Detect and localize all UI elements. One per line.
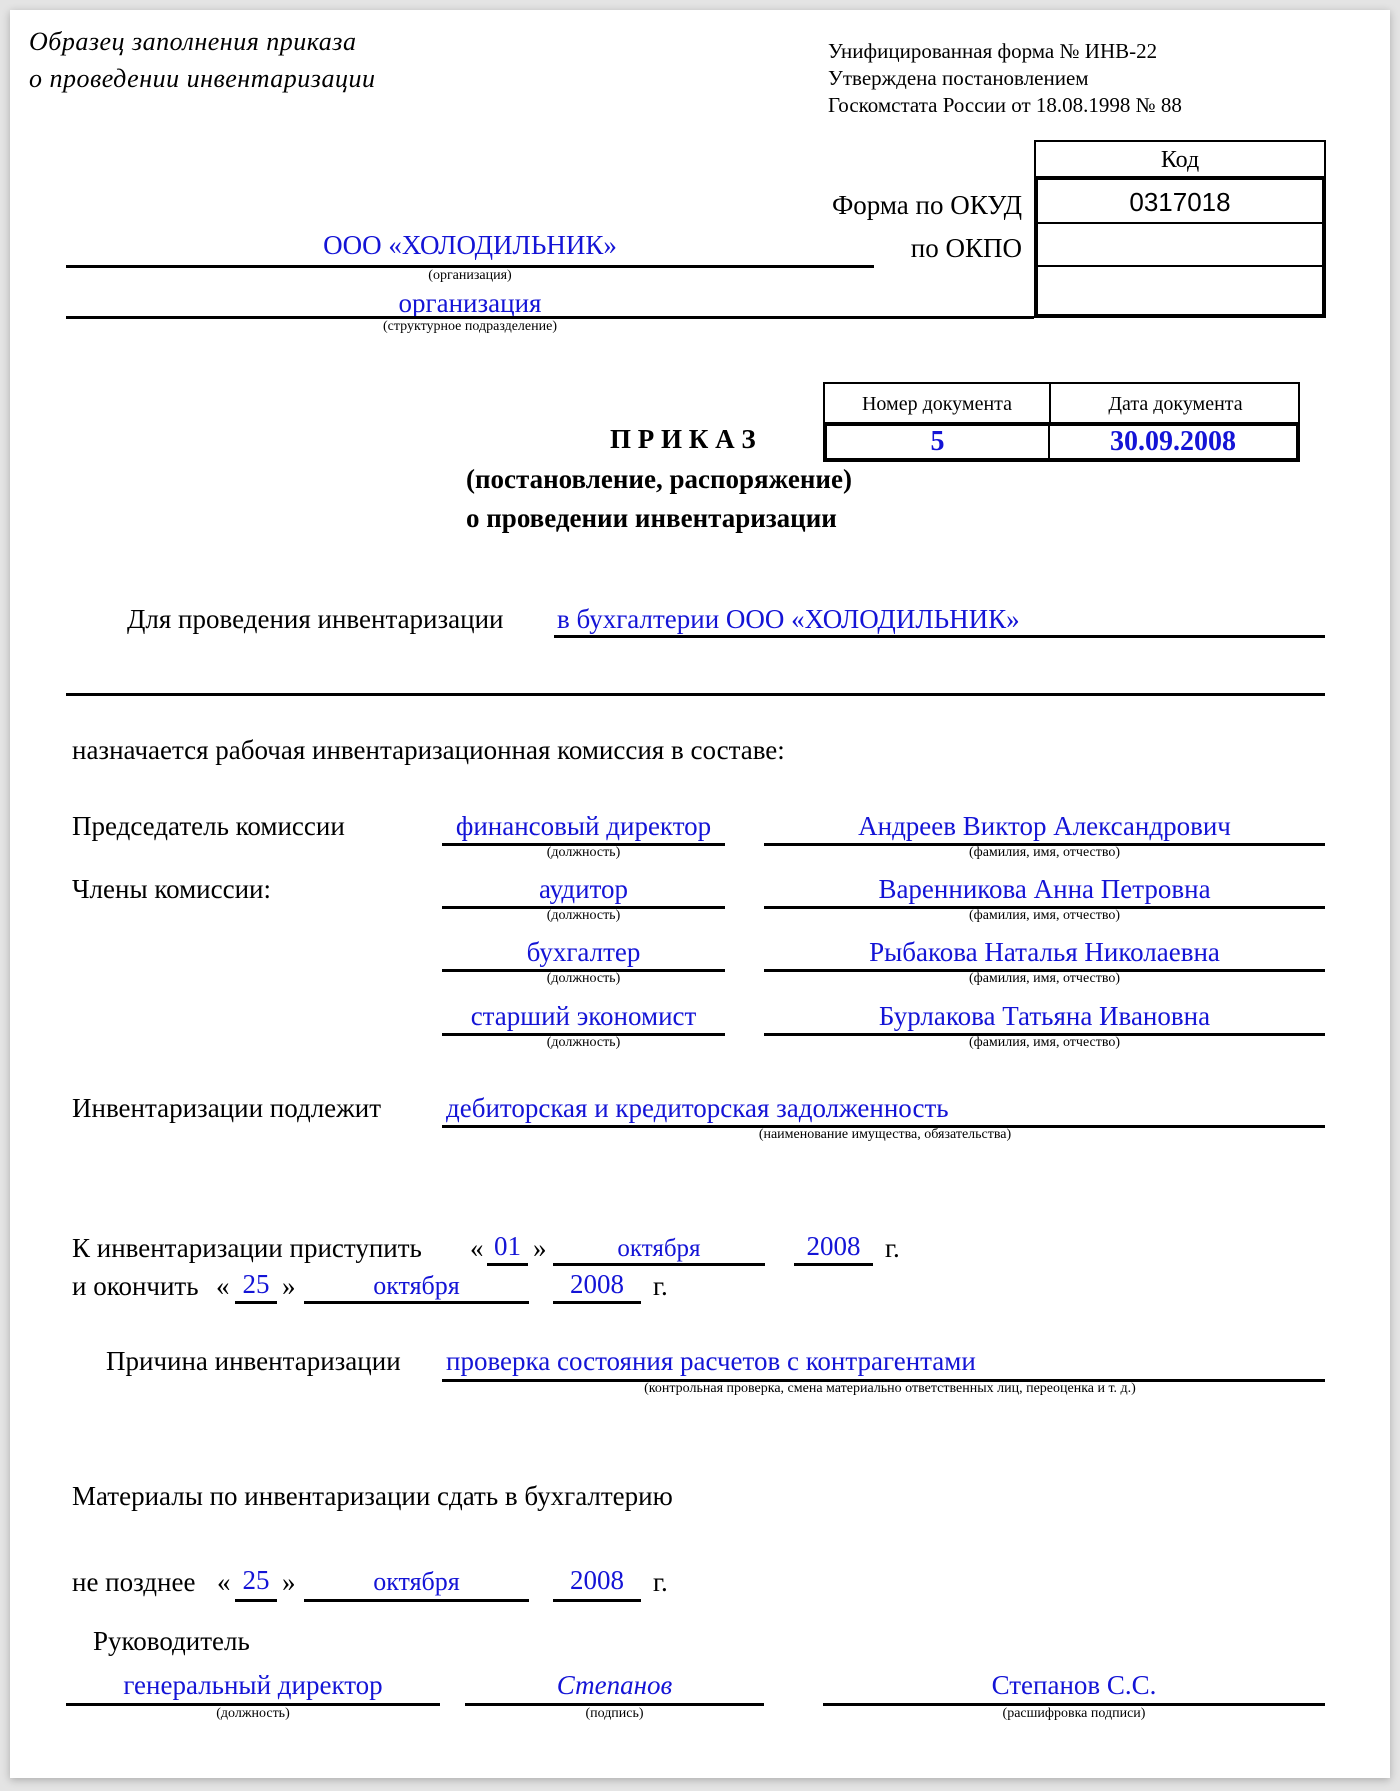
okpo-label: по ОКПО xyxy=(911,233,1022,264)
start-year-line xyxy=(794,1263,873,1266)
chairman-name[interactable]: Андреев Виктор Александрович xyxy=(764,811,1325,842)
form-info-line3: Госкомстата России от 18.08.1998 № 88 xyxy=(828,93,1182,118)
deadline-day[interactable]: 25 xyxy=(235,1565,277,1596)
deadline-month[interactable]: октября xyxy=(304,1567,529,1597)
head-signature-caption: (подпись) xyxy=(465,1706,764,1722)
document-number-header: Номер документа xyxy=(825,384,1051,422)
document-date-header: Дата документа xyxy=(1051,384,1300,422)
start-day[interactable]: 01 xyxy=(487,1231,528,1262)
member-1-name-caption: (фамилия, имя, отчество) xyxy=(764,908,1325,924)
head-position[interactable]: генеральный директор xyxy=(66,1670,440,1701)
end-year[interactable]: 2008 xyxy=(553,1269,641,1300)
member-1-position[interactable]: аудитор xyxy=(442,874,725,905)
deadline-month-line xyxy=(304,1599,529,1602)
okpo-code-field[interactable] xyxy=(1038,224,1322,267)
member-3-name[interactable]: Бурлакова Татьяна Ивановна xyxy=(764,1001,1325,1032)
reason-caption: (контрольная проверка, смена материально… xyxy=(560,1381,1220,1397)
start-label: К инвентаризации приступить xyxy=(72,1233,422,1264)
purpose-continuation-line xyxy=(66,693,1325,696)
end-year-suffix: г. xyxy=(653,1271,668,1302)
member-3-position-caption: (должность) xyxy=(442,1035,725,1051)
deadline-year[interactable]: 2008 xyxy=(553,1565,641,1596)
member-2-position-caption: (должность) xyxy=(442,971,725,987)
end-close-quote: » xyxy=(282,1271,296,1302)
head-position-caption: (должность) xyxy=(66,1706,440,1722)
chairman-position[interactable]: финансовый директор xyxy=(442,811,725,842)
start-year-suffix: г. xyxy=(885,1233,900,1264)
member-1-position-caption: (должность) xyxy=(442,908,725,924)
deadline-day-line xyxy=(235,1599,277,1602)
member-3-position[interactable]: старший экономист xyxy=(442,1001,725,1032)
members-label: Члены комиссии: xyxy=(72,874,271,905)
document-number[interactable]: 5 xyxy=(827,426,1050,458)
department-name[interactable]: организация xyxy=(66,288,874,319)
member-2-name[interactable]: Рыбакова Наталья Николаевна xyxy=(764,937,1325,968)
order-title: П Р И К А З xyxy=(610,424,756,455)
reason-value[interactable]: проверка состояния расчетов с контрагент… xyxy=(446,1346,976,1377)
sample-title-line1: Образец заполнения приказа xyxy=(29,27,356,57)
deadline-open-quote: « xyxy=(217,1567,231,1598)
start-month-line xyxy=(553,1263,765,1266)
end-month[interactable]: октября xyxy=(304,1271,529,1301)
head-label: Руководитель xyxy=(93,1626,250,1657)
order-subject: о проведении инвентаризации xyxy=(466,503,837,534)
start-close-quote: » xyxy=(533,1233,547,1264)
purpose-value[interactable]: в бухгалтерии ООО «ХОЛОДИЛЬНИК» xyxy=(557,604,1020,635)
document-date[interactable]: 30.09.2008 xyxy=(1050,426,1296,458)
end-day[interactable]: 25 xyxy=(235,1269,277,1300)
document-number-date-table: Номер документа Дата документа 5 30.09.2… xyxy=(823,382,1300,462)
member-1-name[interactable]: Варенникова Анна Петровна xyxy=(764,874,1325,905)
department-caption: (структурное подразделение) xyxy=(66,319,874,335)
form-info-line1: Унифицированная форма № ИНВ-22 xyxy=(828,39,1157,64)
chairman-position-caption: (должность) xyxy=(442,845,725,861)
start-open-quote: « xyxy=(470,1233,484,1264)
end-month-line xyxy=(304,1301,529,1304)
head-signature[interactable]: Степанов xyxy=(465,1670,764,1701)
member-2-position[interactable]: бухгалтер xyxy=(442,937,725,968)
head-signature-decoded[interactable]: Степанов С.С. xyxy=(823,1670,1325,1701)
deadline-label: не позднее xyxy=(72,1567,195,1598)
start-month[interactable]: октября xyxy=(553,1235,765,1263)
end-year-line xyxy=(553,1301,641,1304)
commission-intro: назначается рабочая инвентаризационная к… xyxy=(72,735,785,766)
purpose-line xyxy=(554,635,1325,638)
reason-label: Причина инвентаризации xyxy=(106,1346,401,1377)
inventory-subject-caption: (наименование имущества, обязательства) xyxy=(700,1127,1070,1143)
form-info-line2: Утверждена постановлением xyxy=(828,66,1089,91)
deadline-year-suffix: г. xyxy=(653,1567,668,1598)
member-3-name-caption: (фамилия, имя, отчество) xyxy=(764,1035,1325,1051)
codes-table: Код 0317018 xyxy=(1034,140,1326,318)
end-day-line xyxy=(235,1301,277,1304)
extra-code-field[interactable] xyxy=(1038,269,1322,314)
start-day-line xyxy=(487,1263,528,1266)
inventory-subject-label: Инвентаризации подлежит xyxy=(72,1093,381,1124)
member-2-name-caption: (фамилия, имя, отчество) xyxy=(764,971,1325,987)
end-label: и окончить xyxy=(72,1271,199,1302)
end-open-quote: « xyxy=(216,1271,230,1302)
materials-label: Материалы по инвентаризации сдать в бухг… xyxy=(72,1481,673,1512)
organization-name[interactable]: ООО «ХОЛОДИЛЬНИК» xyxy=(66,230,874,261)
chairman-label: Председатель комиссии xyxy=(72,811,345,842)
sample-title-line2: о проведении инвентаризации xyxy=(29,64,375,94)
chairman-name-caption: (фамилия, имя, отчество) xyxy=(764,845,1325,861)
inventory-subject-value[interactable]: дебиторская и кредиторская задолженность xyxy=(446,1093,949,1124)
codes-header: Код xyxy=(1034,140,1326,178)
purpose-label: Для проведения инвентаризации xyxy=(127,604,504,635)
organization-caption: (организация) xyxy=(66,268,874,284)
deadline-close-quote: » xyxy=(282,1567,296,1598)
head-signature-decoded-caption: (расшифровка подписи) xyxy=(823,1706,1325,1722)
okud-code-field[interactable]: 0317018 xyxy=(1038,180,1322,224)
order-subtitle: (постановление, распоряжение) xyxy=(466,464,852,495)
start-year[interactable]: 2008 xyxy=(794,1231,873,1262)
okud-label: Форма по ОКУД xyxy=(832,190,1022,221)
deadline-year-line xyxy=(553,1599,641,1602)
